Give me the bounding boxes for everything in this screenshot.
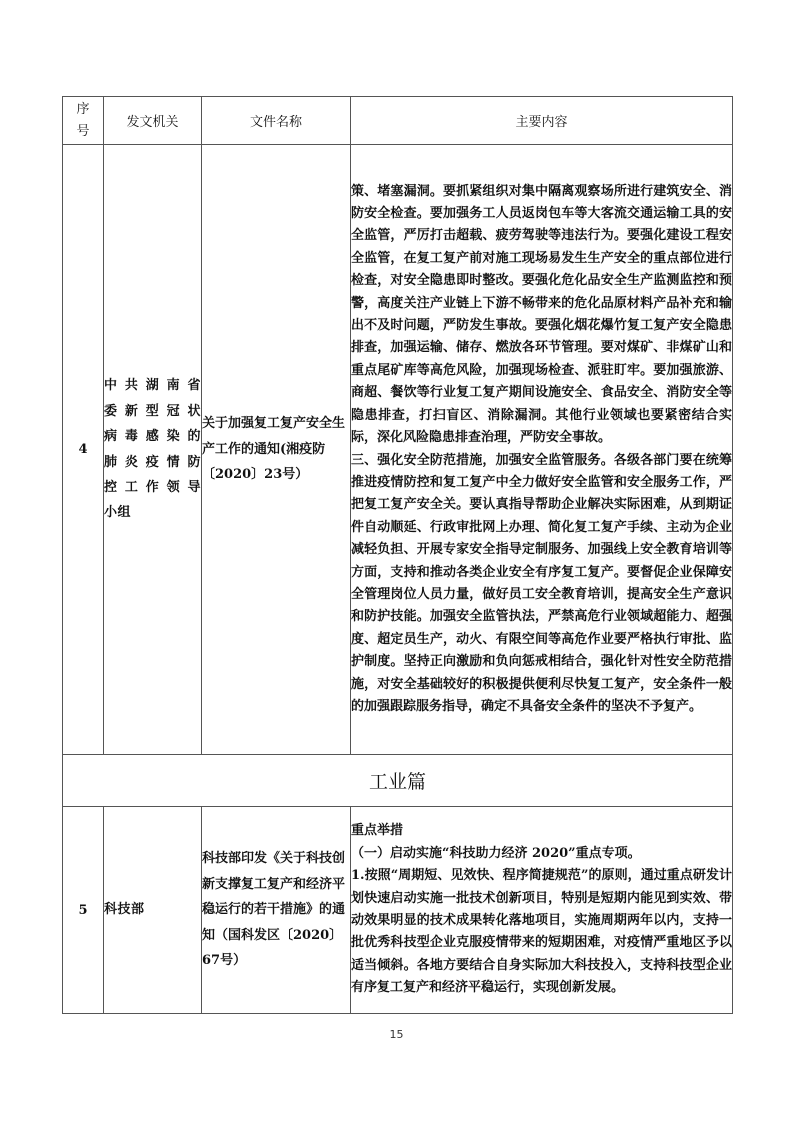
section-title: 工业篇 xyxy=(63,755,733,807)
table-row: 5 科技部 科技部印发《关于科技创新支撑复工复产和经济平稳运行的若干措施》的通知… xyxy=(63,807,733,1014)
section-row: 工业篇 xyxy=(63,755,733,807)
content-paragraph: （一）启动实施“科技助力经济 2020”重点专项。 xyxy=(351,843,732,865)
header-issuer: 发文机关 xyxy=(104,97,202,145)
row-document-name: 关于加强复工复产安全生产工作的通知(湘疫防〔2020〕23号） xyxy=(202,145,351,755)
content-heading: 重点举措 xyxy=(351,820,732,842)
row-document-name: 科技部印发《关于科技创新支撑复工复产和经济平稳运行的若干措施》的通知（国科发区〔… xyxy=(202,807,351,1014)
header-serial: 序 号 xyxy=(63,97,104,145)
content-paragraph: 策、堵塞漏洞。要抓紧组织对集中隔离观察场所进行建筑安全、消防安全检查。要加强务工… xyxy=(351,181,732,450)
header-main-content: 主要内容 xyxy=(351,97,733,145)
content-paragraph: 1.按照“周期短、见效快、程序简捷规范”的原则，通过重点研发计划快速启动实施一批… xyxy=(351,865,732,999)
policy-table: 序 号 发文机关 文件名称 主要内容 4 中共湖南省 委新型冠状 病毒感染的 肺… xyxy=(62,96,733,1014)
row-main-content: 策、堵塞漏洞。要抓紧组织对集中隔离观察场所进行建筑安全、消防安全检查。要加强务工… xyxy=(351,145,733,755)
row-issuer: 科技部 xyxy=(104,807,202,1014)
table-row: 4 中共湖南省 委新型冠状 病毒感染的 肺炎疫情防 控工作领导 小组 关于加强复… xyxy=(63,145,733,755)
content-paragraph: 三、强化安全防范措施，加强安全监管服务。各级各部门要在统筹推进疫情防控和复工复产… xyxy=(351,450,732,719)
header-document-name: 文件名称 xyxy=(202,97,351,145)
table-header-row: 序 号 发文机关 文件名称 主要内容 xyxy=(63,97,733,145)
row-issuer: 中共湖南省 委新型冠状 病毒感染的 肺炎疫情防 控工作领导 小组 xyxy=(104,145,202,755)
row-main-content: 重点举措 （一）启动实施“科技助力经济 2020”重点专项。 1.按照“周期短、… xyxy=(351,807,733,1014)
page-number: 15 xyxy=(0,1028,793,1041)
row-serial: 4 xyxy=(63,145,104,755)
row-serial: 5 xyxy=(63,807,104,1014)
